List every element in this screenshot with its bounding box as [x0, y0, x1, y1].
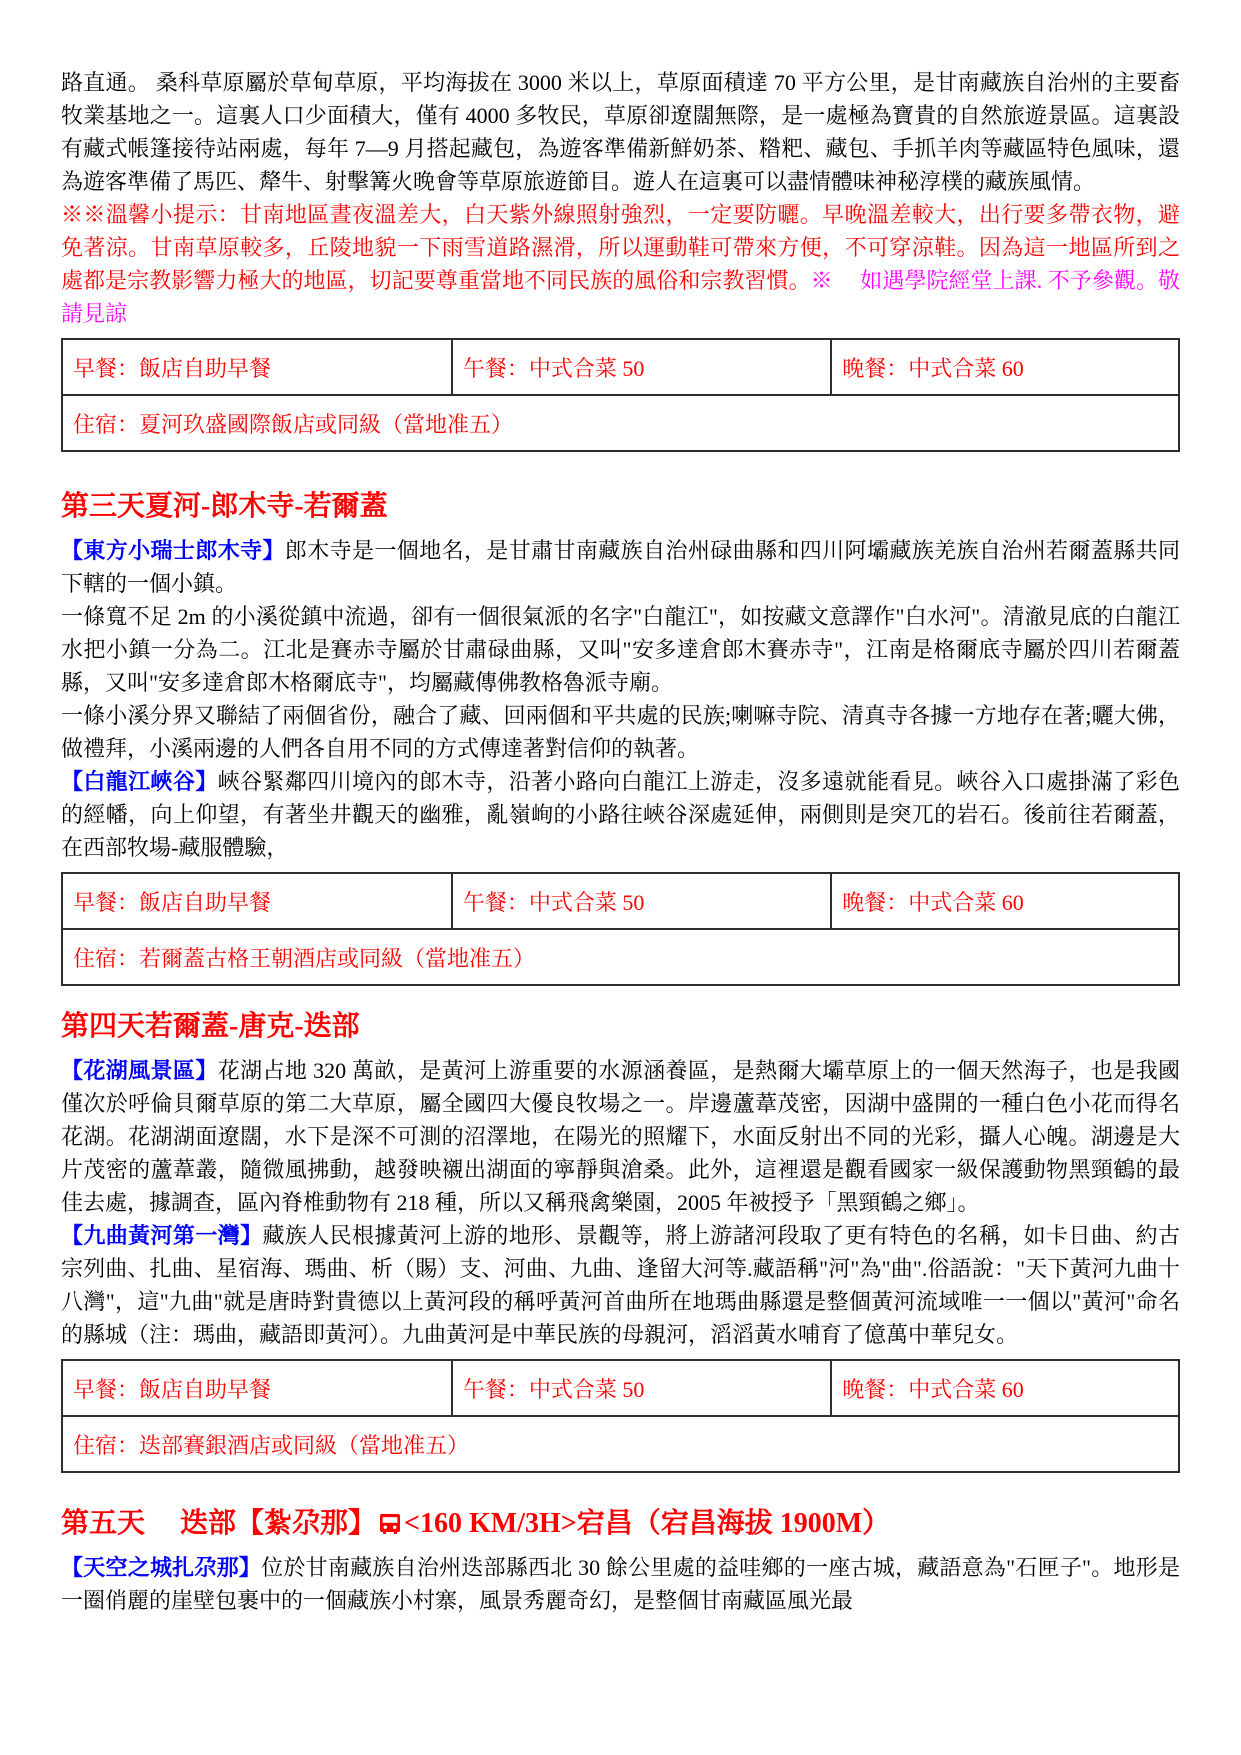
- day4-meal-table: 早餐：飯店自助早餐 午餐：中式合菜 50 晚餐：中式合菜 60 住宿：迭部賽銀酒…: [61, 1359, 1180, 1473]
- day2-meal-table: 早餐：飯店自助早餐 午餐：中式合菜 50 晚餐：中式合菜 60 住宿：夏河玖盛國…: [61, 338, 1180, 452]
- intro-text: 路直通。 桑科草原屬於草甸草原，平均海拔在 3000 米以上，草原面積達 70 …: [61, 70, 1180, 194]
- day4-heading: 第四天若爾蓋-唐克-迭部: [61, 1010, 1180, 1044]
- lunch-cell: 午餐：中式合菜 50: [452, 873, 831, 929]
- paragraph-text: 花湖占地 320 萬畝，是黃河上游重要的水源涵養區，是熱爾大壩草原上的一個天然海…: [61, 1058, 1180, 1215]
- table-row: 早餐：飯店自助早餐 午餐：中式合菜 50 晚餐：中式合菜 60: [62, 873, 1179, 929]
- bus-icon: [378, 1512, 402, 1536]
- landmark-label: 【天空之城扎尕那】: [61, 1555, 261, 1580]
- dinner-cell: 晚餐：中式合菜 60: [831, 873, 1179, 929]
- day3-paragraph-provinces: 一條小溪分界又聯結了兩個省份，融合了藏、回兩個和平共處的民族;喇嘛寺院、清真寺各…: [61, 699, 1180, 765]
- day4-paragraph-flower-lake: 【花湖風景區】花湖占地 320 萬畝，是黃河上游重要的水源涵養區，是熱爾大壩草原…: [61, 1054, 1180, 1219]
- table-row: 早餐：飯店自助早餐 午餐：中式合菜 50 晚餐：中式合菜 60: [62, 1360, 1179, 1416]
- paragraph-text: 一條寬不足 2m 的小溪從鎮中流過，卻有一個很氣派的名字"白龍江"，如按藏文意譯…: [61, 604, 1180, 695]
- day3-paragraph-langmusi: 【東方小瑞士郎木寺】郎木寺是一個地名，是甘肅甘南藏族自治州碌曲縣和四川阿壩藏族羌…: [61, 534, 1180, 600]
- breakfast-cell: 早餐：飯店自助早餐: [62, 873, 452, 929]
- landmark-label: 【東方小瑞士郎木寺】: [61, 538, 285, 563]
- landmark-label: 【九曲黃河第一灣】: [61, 1223, 263, 1248]
- paragraph-text: 一條小溪分界又聯結了兩個省份，融合了藏、回兩個和平共處的民族;喇嘛寺院、清真寺各…: [61, 703, 1180, 761]
- day5-paragraph-zhagana: 【天空之城扎尕那】位於甘南藏族自治州迭部縣西北 30 餘公里處的益哇鄉的一座古城…: [61, 1551, 1180, 1617]
- dinner-cell: 晚餐：中式合菜 60: [831, 1360, 1179, 1416]
- table-row: 早餐：飯店自助早餐 午餐：中式合菜 50 晚餐：中式合菜 60: [62, 339, 1179, 395]
- day3-heading: 第三天夏河-郎木寺-若爾蓋: [61, 490, 1180, 524]
- day4-title: 第四天若爾蓋-唐克-迭部: [61, 1011, 360, 1042]
- dinner-cell: 晚餐：中式合菜 60: [831, 339, 1179, 395]
- tips-paragraph: ※※溫馨小提示：甘南地區晝夜溫差大，白天紫外線照射強烈，一定要防曬。早晚溫差較大…: [61, 198, 1180, 330]
- day3-title: 第三天夏河-郎木寺-若爾蓋: [61, 491, 388, 522]
- itinerary-page: 路直通。 桑科草原屬於草甸草原，平均海拔在 3000 米以上，草原面積達 70 …: [0, 0, 1241, 1755]
- table-row: 住宿：若爾蓋古格王朝酒店或同級（當地准五）: [62, 929, 1179, 985]
- lodging-cell: 住宿：若爾蓋古格王朝酒店或同級（當地准五）: [62, 929, 1179, 985]
- table-row: 住宿：迭部賽銀酒店或同級（當地准五）: [62, 1416, 1179, 1472]
- breakfast-cell: 早餐：飯店自助早餐: [62, 339, 452, 395]
- day5-title-prefix: 第五天 迭部【紮尕那】: [61, 1508, 376, 1539]
- landmark-label: 【白龍江峽谷】: [61, 769, 218, 794]
- lunch-cell: 午餐：中式合菜 50: [452, 1360, 831, 1416]
- lunch-cell: 午餐：中式合菜 50: [452, 339, 831, 395]
- intro-paragraph: 路直通。 桑科草原屬於草甸草原，平均海拔在 3000 米以上，草原面積達 70 …: [61, 66, 1180, 198]
- day5-heading: 第五天 迭部【紮尕那】<160 KM/3H>宕昌（宕昌海拔 1900M）: [61, 1507, 1180, 1541]
- lodging-cell: 住宿：迭部賽銀酒店或同級（當地准五）: [62, 1416, 1179, 1472]
- day3-meal-table: 早餐：飯店自助早餐 午餐：中式合菜 50 晚餐：中式合菜 60 住宿：若爾蓋古格…: [61, 872, 1180, 986]
- day5-title-suffix: <160 KM/3H>宕昌（宕昌海拔 1900M）: [404, 1508, 890, 1539]
- table-row: 住宿：夏河玖盛國際飯店或同級（當地准五）: [62, 395, 1179, 451]
- landmark-label: 【花湖風景區】: [61, 1058, 218, 1083]
- paragraph-text: 峽谷緊鄰四川境內的郎木寺，沿著小路向白龍江上游走，沒多遠就能看見。峽谷入口處掛滿…: [61, 769, 1180, 860]
- day3-paragraph-stream: 一條寬不足 2m 的小溪從鎮中流過，卻有一個很氣派的名字"白龍江"，如按藏文意譯…: [61, 600, 1180, 699]
- day4-paragraph-yellow-river: 【九曲黃河第一灣】藏族人民根據黃河上游的地形、景觀等，將上游諸河段取了更有特色的…: [61, 1219, 1180, 1351]
- lodging-cell: 住宿：夏河玖盛國際飯店或同級（當地准五）: [62, 395, 1179, 451]
- breakfast-cell: 早餐：飯店自助早餐: [62, 1360, 452, 1416]
- day3-paragraph-gorge: 【白龍江峽谷】峽谷緊鄰四川境內的郎木寺，沿著小路向白龍江上游走，沒多遠就能看見。…: [61, 765, 1180, 864]
